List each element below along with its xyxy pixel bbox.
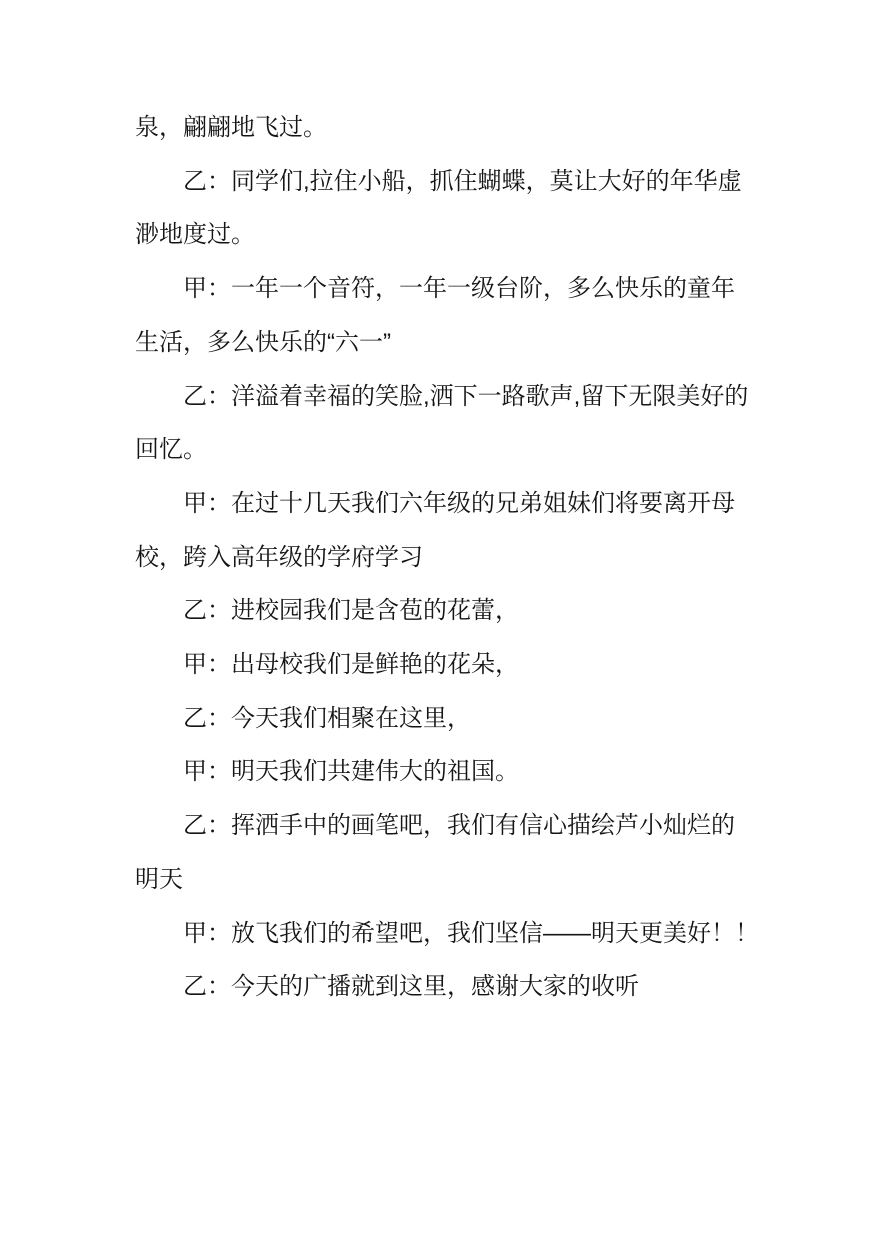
paragraph-speaker-jia: 甲：一年一个音符，一年一级台阶，多么快乐的童年 生活，多么快乐的“六一”: [135, 262, 760, 369]
text-line: 乙：同学们,拉住小船，抓住蝴蝶，莫让大好的年华虚: [135, 155, 760, 209]
text-line: 校，跨入高年级的学府学习: [135, 531, 760, 585]
text-line: 甲：在过十几天我们六年级的兄弟姐妹们将要离开母: [135, 477, 760, 531]
paragraph-speaker-yi: 乙：洋溢着幸福的笑脸,洒下一路歌声,留下无限美好的 回忆。: [135, 370, 760, 477]
text-line: 乙：进校园我们是含苞的花蕾，: [135, 584, 760, 638]
text-line: 明天: [135, 853, 760, 907]
paragraph-speaker-yi: 乙：挥洒手中的画笔吧，我们有信心描绘芦小灿烂的 明天: [135, 799, 760, 906]
text-line: 甲：出母校我们是鲜艳的花朵，: [135, 638, 760, 692]
text-line: 回忆。: [135, 423, 760, 477]
paragraph-speaker-yi: 乙：同学们,拉住小船，抓住蝴蝶，莫让大好的年华虚 渺地度过。: [135, 155, 760, 262]
text-line: 生活，多么快乐的“六一”: [135, 316, 760, 370]
text-line: 甲：一年一个音符，一年一级台阶，多么快乐的童年: [135, 262, 760, 316]
paragraph-speaker-jia: 甲：在过十几天我们六年级的兄弟姐妹们将要离开母 校，跨入高年级的学府学习: [135, 477, 760, 584]
paragraph-speaker-yi: 乙：今天的广播就到这里，感谢大家的收听: [135, 960, 760, 1014]
paragraph-speaker-jia: 甲：放飞我们的希望吧，我们坚信——明天更美好！！: [135, 907, 760, 961]
paragraph-speaker-yi: 乙：进校园我们是含苞的花蕾，: [135, 584, 760, 638]
text-line: 乙：今天的广播就到这里，感谢大家的收听: [135, 960, 760, 1014]
text-line: 甲：放飞我们的希望吧，我们坚信——明天更美好！！: [135, 907, 760, 961]
text-line: 乙：今天我们相聚在这里，: [135, 692, 760, 746]
text-line: 甲：明天我们共建伟大的祖国。: [135, 745, 760, 799]
text-line: 乙：洋溢着幸福的笑脸,洒下一路歌声,留下无限美好的: [135, 370, 760, 424]
paragraph-speaker-jia: 甲：明天我们共建伟大的祖国。: [135, 745, 760, 799]
text-line: 乙：挥洒手中的画笔吧，我们有信心描绘芦小灿烂的: [135, 799, 760, 853]
paragraph-continuation: 泉，翩翩地飞过。: [135, 101, 760, 155]
document-page: 泉，翩翩地飞过。 乙：同学们,拉住小船，抓住蝴蝶，莫让大好的年华虚 渺地度过。 …: [0, 0, 884, 1250]
text-line: 泉，翩翩地飞过。: [135, 101, 760, 155]
paragraph-speaker-jia: 甲：出母校我们是鲜艳的花朵，: [135, 638, 760, 692]
paragraph-speaker-yi: 乙：今天我们相聚在这里，: [135, 692, 760, 746]
document-body: 泉，翩翩地飞过。 乙：同学们,拉住小船，抓住蝴蝶，莫让大好的年华虚 渺地度过。 …: [135, 101, 760, 1014]
text-line: 渺地度过。: [135, 208, 760, 262]
